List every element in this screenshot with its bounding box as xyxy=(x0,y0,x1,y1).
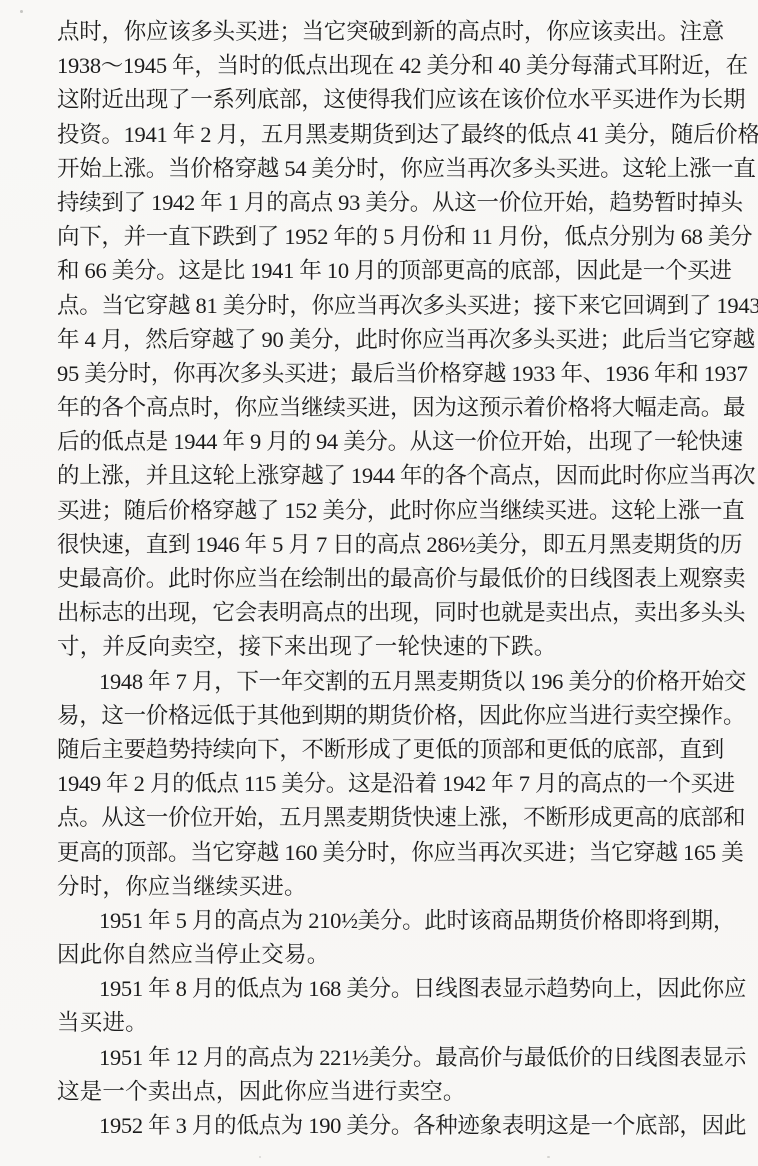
text-line: 1951 年 8 月的低点为 168 美分。日线图表显示趋势向上，因此你应 xyxy=(57,972,724,1006)
text-line: 分时，你应当继续买进。 xyxy=(57,870,724,904)
text-line: 很快速，直到 1946 年 5 月 7 日的高点 286½美分，即五月黑麦期货的… xyxy=(57,528,724,562)
text-line: 1948 年 7 月，下一年交割的五月黑麦期货以 196 美分的价格开始交 xyxy=(57,665,724,699)
text-line: 买进；随后价格穿越了 152 美分，此时你应当继续买进。这轮上涨一直 xyxy=(57,494,724,528)
text-line: 更高的顶部。当它穿越 160 美分时，你应当再次买进；当它穿越 165 美 xyxy=(57,836,724,870)
text-line: 年 4 月，然后穿越了 90 美分，此时你应当再次多头买进；此后当它穿越 xyxy=(57,323,724,357)
text-line: 当买进。 xyxy=(57,1006,724,1040)
text-line: 开始上涨。当价格穿越 54 美分时，你应当再次多头买进。这轮上涨一直 xyxy=(57,152,724,186)
scan-speck xyxy=(20,10,23,13)
text-line: 的上涨，并且这轮上涨穿越了 1944 年的各个高点，因而此时你应当再次 xyxy=(57,459,724,493)
text-column: 点时，你应该多头买进；当它突破到新的高点时，你应该卖出。注意1938～1945 … xyxy=(57,15,724,1143)
text-line: 1951 年 12 月的高点为 221½美分。最高价与最低价的日线图表显示 xyxy=(57,1041,724,1075)
text-line: 这是一个卖出点，因此你应当进行卖空。 xyxy=(57,1075,724,1109)
text-line: 出标志的出现，它会表明高点的出现，同时也就是卖出点，卖出多头头 xyxy=(57,596,724,630)
text-line: 年的各个高点时，你应当继续买进，因为这预示着价格将大幅走高。最 xyxy=(57,391,724,425)
text-line: 史最高价。此时你应当在绘制出的最高价与最低价的日线图表上观察卖 xyxy=(57,562,724,596)
text-line: 点时，你应该多头买进；当它突破到新的高点时，你应该卖出。注意 xyxy=(57,15,724,49)
text-line: 和 66 美分。这是比 1941 年 10 月的顶部更高的底部，因此是一个买进 xyxy=(57,254,724,288)
text-line: 1952 年 3 月的低点为 190 美分。各种迹象表明这是一个底部，因此 xyxy=(57,1109,724,1143)
text-line: 1938～1945 年，当时的低点出现在 42 美分和 40 美分每蒲式耳附近，… xyxy=(57,49,724,83)
text-line: 后的低点是 1944 年 9 月的 94 美分。从这一价位开始，出现了一轮快速 xyxy=(57,425,724,459)
text-line: 点。当它穿越 81 美分时，你应当再次多头买进；接下来它回调到了 1943 xyxy=(57,289,724,323)
text-line: 1949 年 2 月的低点 115 美分。这是沿着 1942 年 7 月的高点的… xyxy=(57,767,724,801)
scanned-page: 点时，你应该多头买进；当它突破到新的高点时，你应该卖出。注意1938～1945 … xyxy=(0,0,758,1166)
text-line: 易，这一价格远低于其他到期的期货价格，因此你应当进行卖空操作。 xyxy=(57,699,724,733)
text-line: 投资。1941 年 2 月，五月黑麦期货到达了最终的低点 41 美分，随后价格 xyxy=(57,118,724,152)
text-line: 点。从这一价位开始，五月黑麦期货快速上涨，不断形成更高的底部和 xyxy=(57,801,724,835)
text-line: 寸，并反向卖空，接下来出现了一轮快速的下跌。 xyxy=(57,630,724,664)
scan-speck xyxy=(259,1156,261,1158)
text-line: 因此你自然应当停止交易。 xyxy=(57,938,724,972)
text-line: 1951 年 5 月的高点为 210½美分。此时该商品期货价格即将到期， xyxy=(57,904,724,938)
text-line: 随后主要趋势持续向下，不断形成了更低的顶部和更低的底部，直到 xyxy=(57,733,724,767)
scan-speck xyxy=(547,1156,550,1158)
text-line: 持续到了 1942 年 1 月的高点 93 美分。从这一价位开始，趋势暂时掉头 xyxy=(57,186,724,220)
text-line: 向下，并一直下跌到了 1952 年的 5 月份和 11 月份，低点分别为 68 … xyxy=(57,220,724,254)
text-line: 95 美分时，你再次多头买进；最后当价格穿越 1933 年、1936 年和 19… xyxy=(57,357,724,391)
text-line: 这附近出现了一系列底部，这使得我们应该在该价位水平买进作为长期 xyxy=(57,83,724,117)
